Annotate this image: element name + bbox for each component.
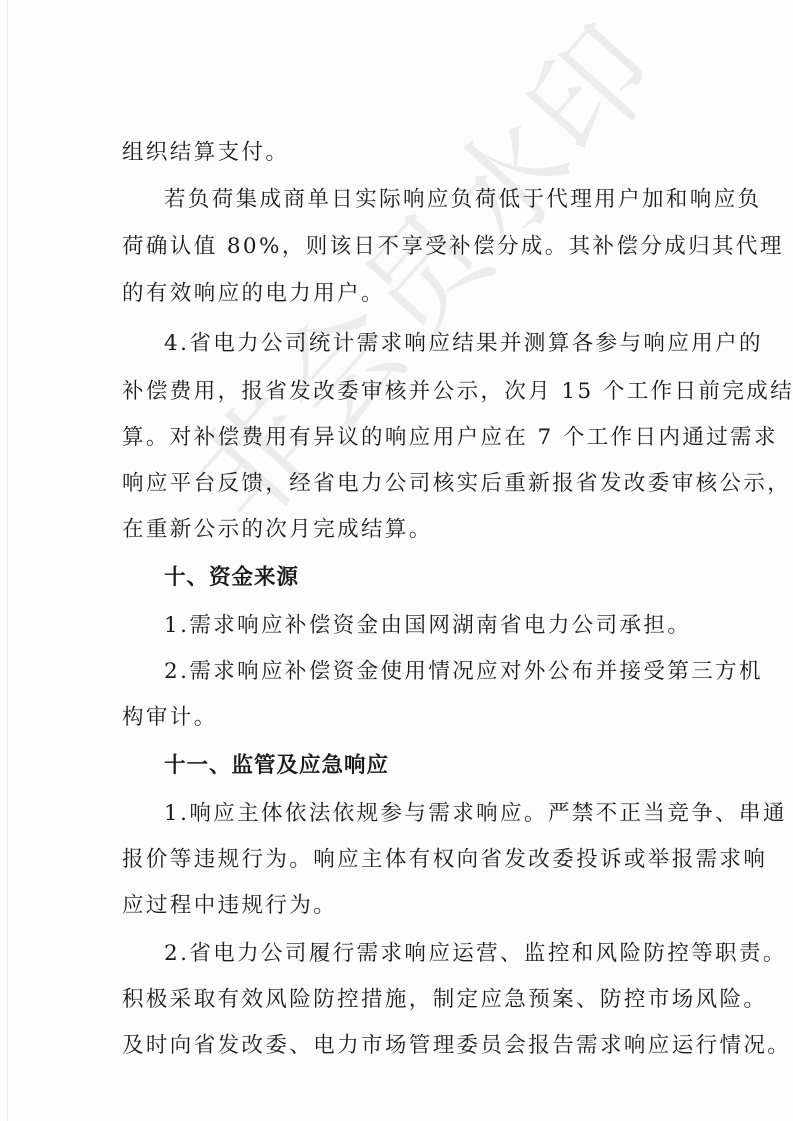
paragraph-line: 2.省电力公司履行需求响应运营、监控和风险防控等职责。 <box>164 939 682 969</box>
paragraph-line: 算。对补偿费用有异议的响应用户应在 7 个工作日内通过需求 <box>122 423 682 453</box>
section-heading-10: 十、资金来源 <box>164 563 724 593</box>
paragraph-line: 构审计。 <box>122 703 682 733</box>
paragraph-line: 2.需求响应补偿资金使用情况应对外公布并接受第三方机 <box>164 657 682 687</box>
paragraph-line: 及时向省发改委、电力市场管理委员会报告需求响应运行情况。 <box>122 1031 682 1061</box>
paragraph-line: 若负荷集成商单日实际响应负荷低于代理用户加和响应负 <box>164 185 682 215</box>
page-edge-divider <box>7 0 8 1121</box>
paragraph-line: 4.省电力公司统计需求响应结果并测算各参与响应用户的 <box>164 329 682 359</box>
paragraph-line: 响应平台反馈，经省电力公司核实后重新报省发改委审核公示， <box>122 469 682 499</box>
paragraph-line: 组织结算支付。 <box>122 138 682 168</box>
paragraph-line: 1.需求响应补偿资金由国网湖南省电力公司承担。 <box>164 611 724 641</box>
paragraph-line: 的有效响应的电力用户。 <box>122 279 682 309</box>
paragraph-line: 应过程中违规行为。 <box>122 891 682 921</box>
paragraph-line: 补偿费用，报省发改委审核并公示，次月 15 个工作日前完成结 <box>122 377 682 407</box>
paragraph-line: 1.响应主体依法依规参与需求响应。严禁不正当竞争、串通 <box>164 799 682 829</box>
paragraph-line: 在重新公示的次月完成结算。 <box>122 515 682 545</box>
paragraph-line: 荷确认值 80%，则该日不享受补偿分成。其补偿分成归其代理 <box>122 232 682 262</box>
paragraph-line: 报价等违规行为。响应主体有权向省发改委投诉或举报需求响 <box>122 845 682 875</box>
section-heading-11: 十一、监管及应急响应 <box>164 751 724 781</box>
paragraph-line: 积极采取有效风险防控措施，制定应急预案、防控市场风险。 <box>122 985 682 1015</box>
document-page: 非会员水印 组织结算支付。 若负荷集成商单日实际响应负荷低于代理用户加和响应负 … <box>0 0 793 1121</box>
